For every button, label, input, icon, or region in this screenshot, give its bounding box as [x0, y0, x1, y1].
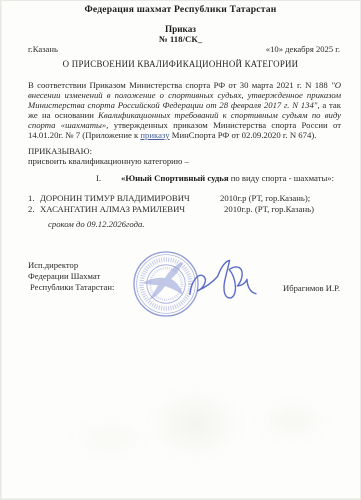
preamble-paragraph: В соответствии Приказом Министерства спо…	[28, 80, 341, 140]
signer-position-line: Исп.директор	[28, 260, 114, 271]
command-action: присвоить квалификационную категорию –	[28, 156, 189, 166]
signer-position-line: Федерации Шахмат	[28, 271, 114, 282]
prikaz-hyperlink[interactable]: приказу	[140, 130, 169, 140]
validity-period: сроком до 09.12.2026года.	[48, 219, 145, 229]
recipient-name: ХАСАНГАТИН АЛМАЗ РАМИЛЕВИЧ	[40, 204, 185, 214]
document-page: Федерация шахмат Республики Татарстан Пр…	[0, 0, 361, 500]
paper-bleedthrough	[148, 388, 243, 460]
command-heading: ПРИКАЗЫВАЮ:	[28, 146, 92, 156]
paper-bleedthrough	[255, 400, 330, 442]
document-type: Приказ	[0, 24, 361, 34]
paper-bleedthrough	[70, 418, 150, 458]
recipient-number: 2.	[28, 204, 40, 214]
category-sport: по виду спорта - шахматы»:	[229, 173, 334, 183]
recipient-list: 1.ДОРОНИН ТИМУР ВЛАДИМИРОВИЧ 2010г.р (РТ…	[28, 193, 341, 214]
organization-name: Федерация шахмат Республики Татарстан	[0, 4, 361, 15]
recipient-number: 1.	[28, 193, 40, 203]
document-number: № 118/СК_	[0, 34, 361, 44]
recipient-details: 2010г.р (РТ, гор.Казань);	[220, 193, 310, 203]
category-text: «Юный Спортивный судья по виду спорта - …	[121, 173, 334, 183]
category-line: I. «Юный Спортивный судья по виду спорта…	[0, 173, 361, 184]
signer-name: Ибрагимов И.Р.	[283, 283, 340, 293]
signature-title-block: Исп.директор Федерации Шахмат Республики…	[28, 260, 114, 293]
signature-ink	[181, 251, 265, 310]
preamble-segment: В соответствии Приказом Министерства спо…	[28, 80, 331, 90]
signer-position-line: Республики Татарстан:	[28, 282, 114, 293]
city-label: г.Казань	[28, 44, 58, 54]
date-label: «10» декабря 2025 г.	[266, 44, 340, 54]
item-numeral: I.	[96, 173, 101, 183]
recipient-row: 2.ХАСАНГАТИН АЛМАЗ РАМИЛЕВИЧ 2010г.р. (Р…	[28, 204, 341, 215]
preamble-segment: МинСпорта РФ от 02.09.2020 г. N 674).	[170, 130, 317, 140]
category-name: «Юный Спортивный судья	[121, 173, 229, 183]
recipient-details: 2010г.р. (РТ, гор.Казань)	[224, 204, 314, 214]
recipient-row: 1.ДОРОНИН ТИМУР ВЛАДИМИРОВИЧ 2010г.р (РТ…	[28, 193, 341, 204]
recipient-name: ДОРОНИН ТИМУР ВЛАДИМИРОВИЧ	[40, 193, 190, 203]
document-title: О ПРИСВОЕНИИ КВАЛИФИКАЦИОННОЙ КАТЕГОРИИ	[0, 59, 361, 69]
